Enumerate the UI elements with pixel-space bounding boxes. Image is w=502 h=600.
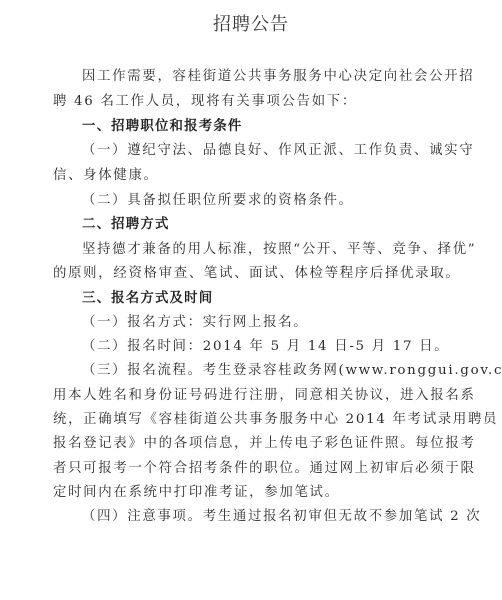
document-title: 招聘公告: [0, 10, 502, 36]
paragraph-line: （二）具备拟任职位所要求的资格条件。: [82, 192, 482, 210]
paragraph-line: 者只可报考一个符合招考条件的职位。通过网上初审后必须于限: [53, 460, 453, 478]
section-heading: 三、报名方式及时间: [82, 290, 482, 308]
paragraph-line: 报名登记表》中的各项信息，并上传电子彩色证件照。每位报考: [53, 435, 453, 453]
paragraph-line: （一）遵纪守法、品德良好、作风正派、工作负责、诚实守: [82, 142, 482, 160]
paragraph-line: 统，正确填写《容桂街道公共事务服务中心 2014 年考试录用聘员: [53, 411, 453, 429]
paragraph-line: 坚持德才兼备的用人标准，按照“公开、平等、竞争、择优”: [82, 241, 482, 259]
paragraph-line: 聘 46 名工作人员，现将有关事项公告如下：: [53, 93, 453, 111]
paragraph-line: 定时间内在系统中打印准考证，参加笔试。: [53, 484, 453, 502]
paragraph-line: 信、身体健康。: [53, 167, 453, 185]
paragraph-line: 用本人姓名和身份证号码进行注册，同意相关协议，进入报名系: [53, 387, 453, 405]
paragraph-line: 的原则，经资格审查、笔试、面试、体检等程序后择优录取。: [53, 265, 453, 283]
paragraph-line: （三）报名流程。考生登录容桂政务网(www.ronggui.gov.cn)，: [82, 362, 482, 380]
paragraph-line: （四）注意事项。考生通过报名初审但无故不参加笔试 2 次: [82, 508, 482, 526]
section-heading: 一、招聘职位和报考条件: [82, 118, 482, 136]
section-heading: 二、招聘方式: [82, 216, 482, 234]
paragraph-line: （二）报名时间：2014 年 5 月 14 日-5 月 17 日。: [82, 338, 482, 356]
paragraph-line: 因工作需要，容桂街道公共事务服务中心决定向社会公开招: [82, 68, 482, 86]
paragraph-line: （一）报名方式：实行网上报名。: [82, 314, 482, 332]
